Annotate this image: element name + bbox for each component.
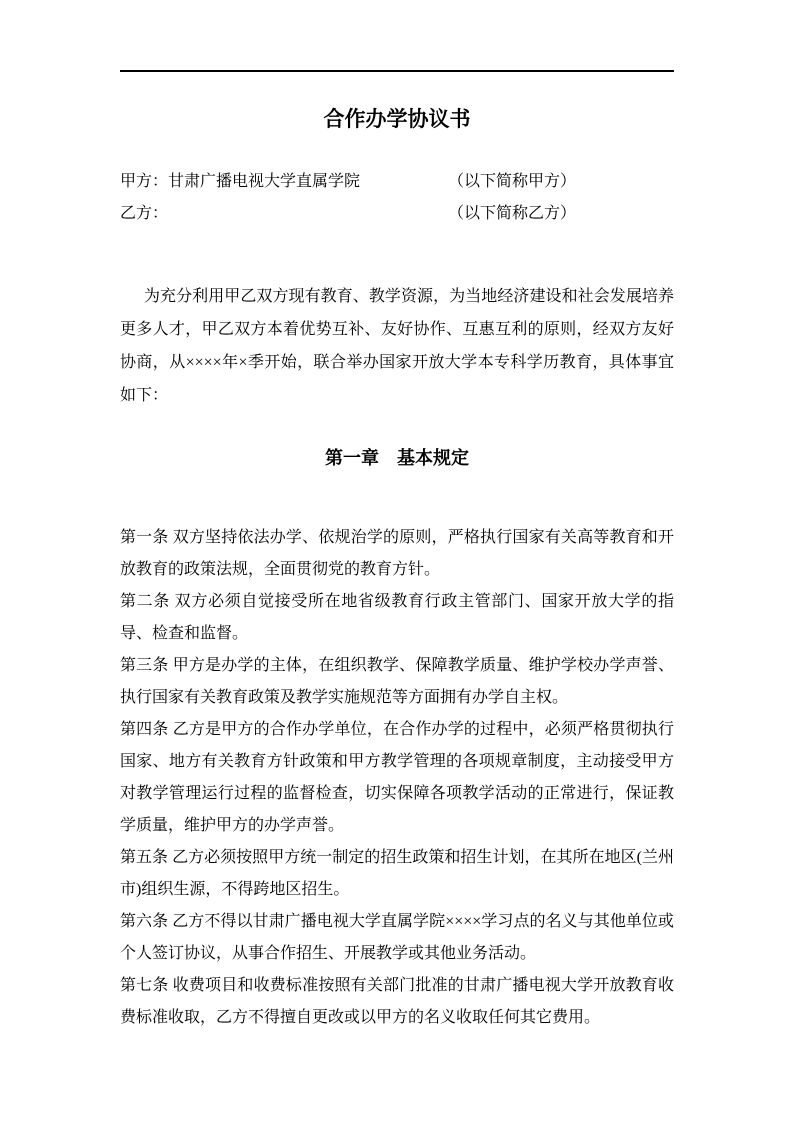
clause-6: 第六条 乙方不得以甘肃广播电视大学直属学院××××学习点的名义与其他单位或个人签…: [120, 906, 674, 970]
document-title: 合作办学协议书: [120, 104, 674, 136]
party-b-alias: （以下简称乙方）: [448, 198, 576, 230]
party-a-alias: （以下简称甲方）: [448, 166, 576, 198]
party-b-label: 乙方：: [120, 205, 168, 222]
chapter-heading: 第一章 基本规定: [120, 442, 674, 474]
parties-block: 甲方：甘肃广播电视大学直属学院 （以下简称甲方） 乙方： （以下简称乙方）: [120, 166, 674, 230]
clause-2: 第二条 双方必须自觉接受所在地省级教育行政主管部门、国家开放大学的指导、检查和监…: [120, 586, 674, 650]
clause-5: 第五条 乙方必须按照甲方统一制定的招生政策和招生计划，在其所在地区(兰州市)组织…: [120, 842, 674, 906]
clauses-block: 第一条 双方坚持依法办学、依规治学的原则，严格执行国家有关高等教育和开放教育的政…: [120, 522, 674, 1034]
party-a-line: 甲方：甘肃广播电视大学直属学院 （以下简称甲方）: [120, 166, 674, 198]
party-a-label: 甲方：甘肃广播电视大学直属学院: [120, 173, 360, 190]
header-rule: [120, 70, 674, 72]
document-page: 合作办学协议书 甲方：甘肃广播电视大学直属学院 （以下简称甲方） 乙方： （以下…: [0, 0, 793, 1122]
clause-1: 第一条 双方坚持依法办学、依规治学的原则，严格执行国家有关高等教育和开放教育的政…: [120, 522, 674, 586]
clause-3: 第三条 甲方是办学的主体，在组织教学、保障教学质量、维护学校办学声誉、执行国家有…: [120, 650, 674, 714]
party-b-line: 乙方： （以下简称乙方）: [120, 198, 674, 230]
clause-4: 第四条 乙方是甲方的合作办学单位，在合作办学的过程中，必须严格贯彻执行国家、地方…: [120, 714, 674, 842]
intro-paragraph: 为充分利用甲乙双方现有教育、教学资源，为当地经济建设和社会发展培养更多人才，甲乙…: [120, 280, 674, 412]
clause-7: 第七条 收费项目和收费标准按照有关部门批准的甘肃广播电视大学开放教育收费标准收取…: [120, 970, 674, 1034]
